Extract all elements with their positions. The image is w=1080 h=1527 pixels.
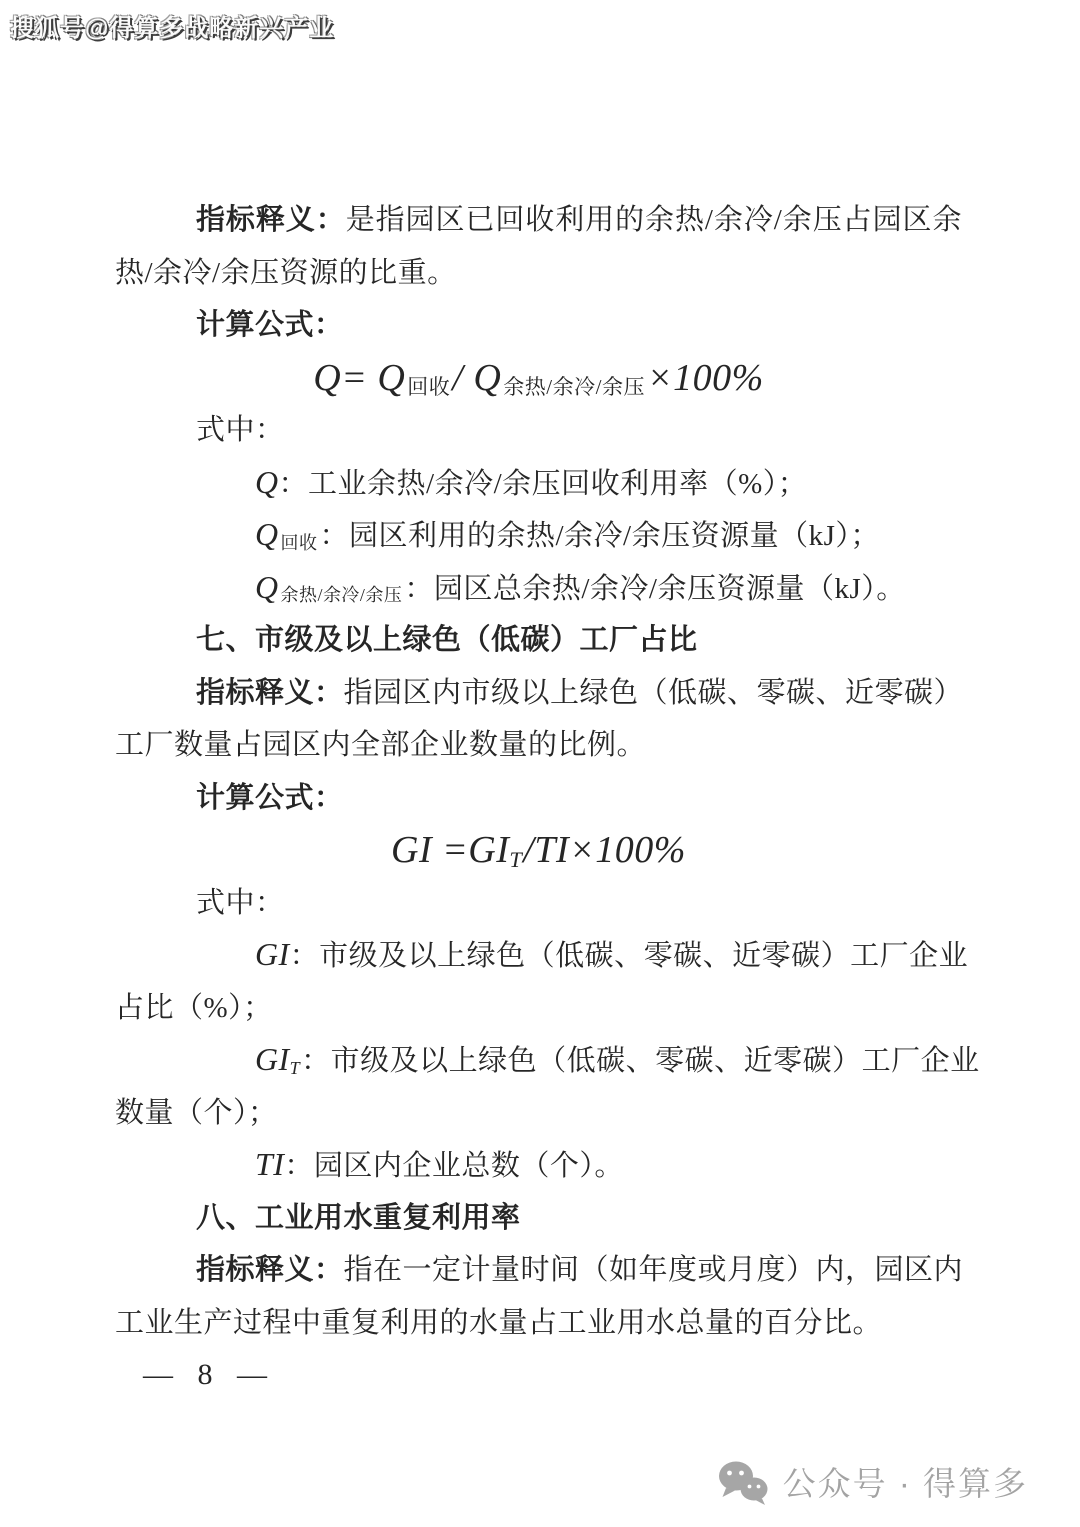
text-span: 是指园区已回收利用的余热/余冷/余压占园区余 [346, 204, 962, 236]
bold-label: 指标释义： [196, 204, 346, 236]
text-line: 工厂数量占园区内全部企业数量的比例。 [115, 719, 962, 772]
wechat-footer: 公众号 · 得算多 [717, 1458, 1028, 1505]
text-span: ：市级及以上绿色（低碳、零碳、近零碳）工厂企业 [290, 940, 969, 972]
math-symbol: Q= Q [313, 357, 405, 399]
section-heading: 七、市级及以上绿色（低碳）工厂占比 [115, 614, 962, 667]
text-line: Q：工业余热/余冷/余压回收利用率（%）； [115, 457, 962, 510]
text-line: GIT：市级及以上绿色（低碳、零碳、近零碳）工厂企业 [115, 1034, 962, 1087]
text-line: 指标释义：指在一定计量时间（如年度或月度）内，园区内 [115, 1244, 962, 1297]
bold-label: 指标释义： [196, 677, 344, 709]
document-body: 指标释义：是指园区已回收利用的余热/余冷/余压占园区余热/余冷/余压资源的比重。… [115, 194, 962, 1402]
math-symbol: GI =GI [391, 829, 509, 871]
text-line: 式中： [115, 404, 962, 457]
math-subscript: 回收 [405, 375, 452, 399]
text-span: ：园区内企业总数（个）。 [284, 1150, 624, 1182]
math-symbol: ×100% [647, 357, 764, 399]
text-span: 数量（个）； [115, 1097, 278, 1129]
text-line: 占比（%）； [115, 982, 962, 1035]
text-line: 热/余冷/余压资源的比重。 [115, 247, 962, 300]
text-span: 热/余冷/余压资源的比重。 [115, 257, 457, 289]
text-line: 式中： [115, 877, 962, 930]
text-span: ：市级及以上绿色（低碳、零碳、近零碳）工厂企业 [301, 1045, 980, 1077]
math-symbol: T [509, 847, 523, 872]
text-span: 占比（%）； [115, 992, 273, 1024]
page-number: —8— [115, 1349, 962, 1402]
text-span: 式中： [196, 887, 285, 919]
text-span: 八、工业用水重复利用率 [196, 1202, 521, 1234]
text-line: 指标释义：指园区内市级以上绿色（低碳、零碳、近零碳） [115, 667, 962, 720]
math-symbol: Q [255, 517, 279, 552]
wechat-icon [717, 1459, 769, 1505]
math-symbol: Q [255, 465, 279, 500]
text-line: 计算公式： [115, 772, 962, 825]
text-line: 工业生产过程中重复利用的水量占工业用水总量的百分比。 [115, 1297, 962, 1350]
math-subscript: 余热/余冷/余压 [279, 585, 405, 605]
text-line: 数量（个）； [115, 1087, 962, 1140]
formula-line: GI =GIT/TI×100% [115, 824, 962, 877]
math-subscript: 回收 [279, 533, 320, 553]
text-line: TI：园区内企业总数（个）。 [115, 1139, 962, 1192]
text-line: 计算公式： [115, 299, 962, 352]
math-symbol: GI [255, 937, 290, 972]
text-span: 8 [198, 1358, 214, 1391]
math-symbol: / Q [452, 357, 501, 399]
bold-label: 指标释义： [196, 1254, 344, 1286]
text-span: 工业生产过程中重复利用的水量占工业用水总量的百分比。 [115, 1307, 882, 1339]
text-span: — [143, 1358, 174, 1391]
math-subscript: 余热/余冷/余压 [501, 375, 647, 399]
text-span: ：园区利用的余热/余冷/余压资源量（kJ）； [319, 520, 879, 552]
text-span: 指园区内市级以上绿色（低碳、零碳、近零碳） [344, 677, 964, 709]
math-symbol: Q [255, 570, 279, 605]
wechat-account-label: 公众号 · 得算多 [783, 1458, 1028, 1505]
text-line: GI：市级及以上绿色（低碳、零碳、近零碳）工厂企业 [115, 929, 962, 982]
section-heading: 八、工业用水重复利用率 [115, 1192, 962, 1245]
math-symbol: TI [255, 1147, 284, 1182]
text-span: 式中： [196, 414, 285, 446]
math-symbol: T [290, 1058, 302, 1078]
text-line: 指标释义：是指园区已回收利用的余热/余冷/余压占园区余 [115, 194, 962, 247]
formula-line: Q= Q回收/ Q余热/余冷/余压×100% [115, 352, 962, 405]
math-symbol: /TI×100% [523, 829, 686, 871]
text-span: ：园区总余热/余冷/余压资源量（kJ）。 [404, 573, 905, 605]
sohu-watermark: 搜狐号@得算多战略新兴产业 [10, 8, 334, 43]
text-span: 七、市级及以上绿色（低碳）工厂占比 [196, 624, 698, 656]
text-span: ：工业余热/余冷/余压回收利用率（%）； [279, 468, 808, 500]
text-line: Q回收：园区利用的余热/余冷/余压资源量（kJ）； [115, 509, 962, 562]
bold-label: 计算公式： [196, 309, 344, 341]
text-span: — [237, 1358, 268, 1391]
document-page: 搜狐号@得算多战略新兴产业 指标释义：是指园区已回收利用的余热/余冷/余压占园区… [0, 0, 1080, 1527]
text-span: 指在一定计量时间（如年度或月度）内，园区内 [344, 1254, 964, 1286]
math-symbol: GI [255, 1042, 290, 1077]
text-span: 工厂数量占园区内全部企业数量的比例。 [115, 729, 646, 761]
bold-label: 计算公式： [196, 782, 344, 814]
text-line: Q余热/余冷/余压：园区总余热/余冷/余压资源量（kJ）。 [115, 562, 962, 615]
